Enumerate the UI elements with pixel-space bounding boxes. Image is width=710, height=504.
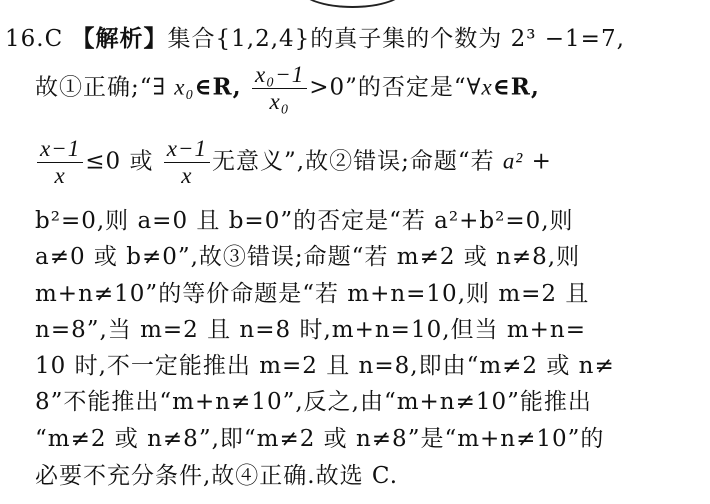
line-7: n=8”,当 m=2 且 n=8 时,m+n=10,但当 m+n= (35, 311, 586, 344)
line-5: a≠0 或 b≠0”,故③错误;命题“若 m≠2 或 n≠8,则 (35, 238, 580, 271)
text: ∈R, (493, 74, 540, 101)
text: 集合{1,2,4}的真子集的个数为 2³ −1=7, (168, 26, 625, 52)
text: ∈R, (195, 74, 242, 101)
math-var: a² (503, 149, 523, 174)
analysis-tag: 【解析】 (72, 25, 168, 52)
fraction: x−1x (164, 136, 210, 189)
line-11: 必要不充分条件,故④正确.故选 C. (35, 457, 398, 490)
line-8: 10 时,不一定能推出 m=2 且 n=8,即由“m≠2 或 n≠ (35, 347, 615, 380)
numerator: x−1 (164, 136, 210, 163)
numerator: x₀−1 (252, 62, 307, 89)
fraction: x−1x (37, 136, 83, 189)
line-6: m+n≠10”的等价命题是“若 m+n=10,则 m=2 且 (35, 275, 589, 308)
line-9: 8”不能推出“m+n≠10”,反之,由“m+n≠10”能推出 (35, 383, 592, 416)
denominator: x (55, 163, 66, 189)
line-1: 16.C 【解析】集合{1,2,4}的真子集的个数为 2³ −1=7, (5, 20, 625, 53)
denominator: x₀ (269, 89, 289, 115)
fraction: x₀−1x₀ (252, 62, 307, 115)
line-3: x−1x≤0 或 x−1x无意义”,故②错误;命题“若 a² + (35, 136, 552, 189)
line-4: b²=0,则 a=0 且 b=0”的否定是“若 a²+b²=0,则 (35, 202, 574, 235)
math-var: x₀ (174, 75, 194, 100)
problem-number: 16.C (5, 26, 63, 52)
math-var: x (482, 75, 493, 100)
line-10: “m≠2 或 n≠8”,即“m≠2 或 n≠8”是“m+n≠10”的 (35, 420, 604, 453)
top-arc-decoration (300, 0, 405, 8)
numerator: x−1 (37, 136, 83, 163)
text: 故①正确;“∃ (35, 75, 166, 101)
denominator: x (181, 163, 192, 189)
text: 无意义”,故②错误;命题“若 (212, 149, 495, 175)
text: ≤0 或 (85, 149, 153, 175)
text: >0”的否定是“∀ (309, 75, 481, 101)
text: + (532, 149, 552, 175)
line-2: 故①正确;“∃ x₀∈R, x₀−1x₀>0”的否定是“∀x∈R, (35, 62, 540, 115)
